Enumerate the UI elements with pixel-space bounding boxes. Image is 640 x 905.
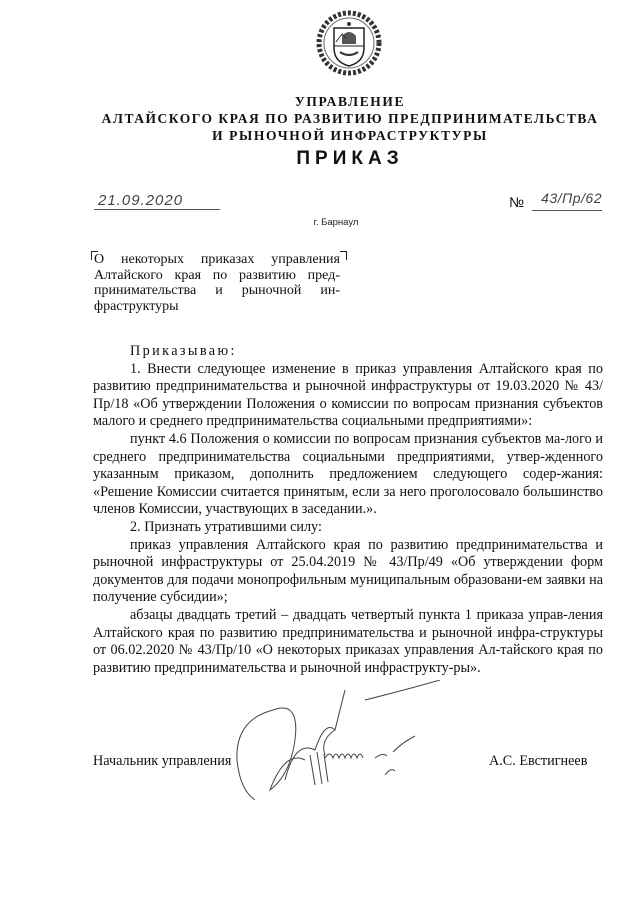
coat-of-arms-icon xyxy=(314,8,384,78)
document-number: 43/Пр/62 xyxy=(532,190,602,211)
header-line-1: УПРАВЛЕНИЕ xyxy=(30,94,640,110)
body-paragraph-4: приказ управления Алтайского края по раз… xyxy=(93,537,603,607)
body-paragraph-5: абзацы двадцать третий – двадцать четвер… xyxy=(93,607,603,677)
document-date: 21.09.2020 xyxy=(94,192,220,210)
document-type-title: ПРИКАЗ xyxy=(30,148,640,170)
header-line-3: И РЫНОЧНОЙ ИНФРАСТРУКТУРЫ xyxy=(30,128,640,144)
document-subject: О некоторых приказах управления Алтайско… xyxy=(94,252,340,314)
handwritten-signature-icon xyxy=(225,680,455,810)
body-paragraph-1: 1. Внести следующее изменение в приказ у… xyxy=(93,361,603,431)
signatory-role: Начальник управления xyxy=(93,753,231,770)
document-body: Приказываю: 1. Внести следующее изменени… xyxy=(93,343,603,677)
header-line-2: АЛТАЙСКОГО КРАЯ ПО РАЗВИТИЮ ПРЕДПРИНИМАТ… xyxy=(30,111,640,127)
body-intro: Приказываю: xyxy=(93,343,603,361)
number-label: № xyxy=(509,194,524,210)
body-paragraph-3: 2. Признать утратившими силу: xyxy=(93,519,603,537)
body-paragraph-2: пункт 4.6 Положения о комиссии по вопрос… xyxy=(93,431,603,519)
signatory-name: А.С. Евстигнеев xyxy=(489,753,587,770)
subject-corner-right xyxy=(340,251,347,260)
city-label: г. Барнаул xyxy=(0,217,640,228)
